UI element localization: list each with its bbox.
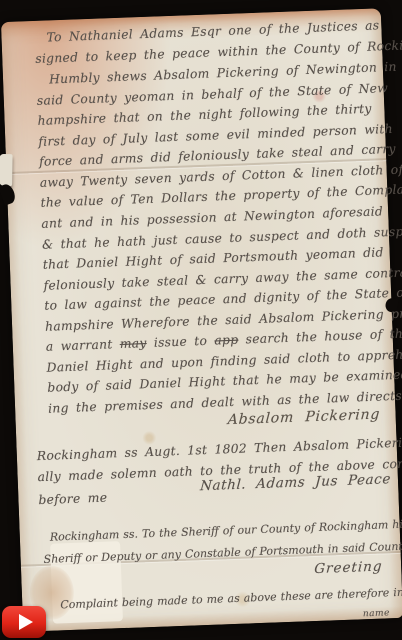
video-play-button[interactable]: [2, 606, 46, 638]
torn-paper-flap: [0, 154, 13, 186]
line-greeting: Greeting: [314, 560, 383, 578]
torn-edge-notch: [0, 182, 17, 205]
signature-absalom-pickering: Absalom Pickering: [227, 408, 380, 429]
play-triangle-icon: [19, 614, 33, 630]
catchword: name: [363, 606, 391, 622]
manuscript-line: before me: [38, 491, 107, 509]
manuscript-text-layer: To Nathaniel Adams Esqr one of the Justi…: [1, 8, 381, 22]
manuscript-page: To Nathaniel Adams Esqr one of the Justi…: [1, 8, 402, 632]
struck-word: may: [120, 336, 147, 351]
struck-word: app: [214, 333, 238, 348]
photo-frame: To Nathaniel Adams Esqr one of the Justi…: [0, 0, 402, 640]
